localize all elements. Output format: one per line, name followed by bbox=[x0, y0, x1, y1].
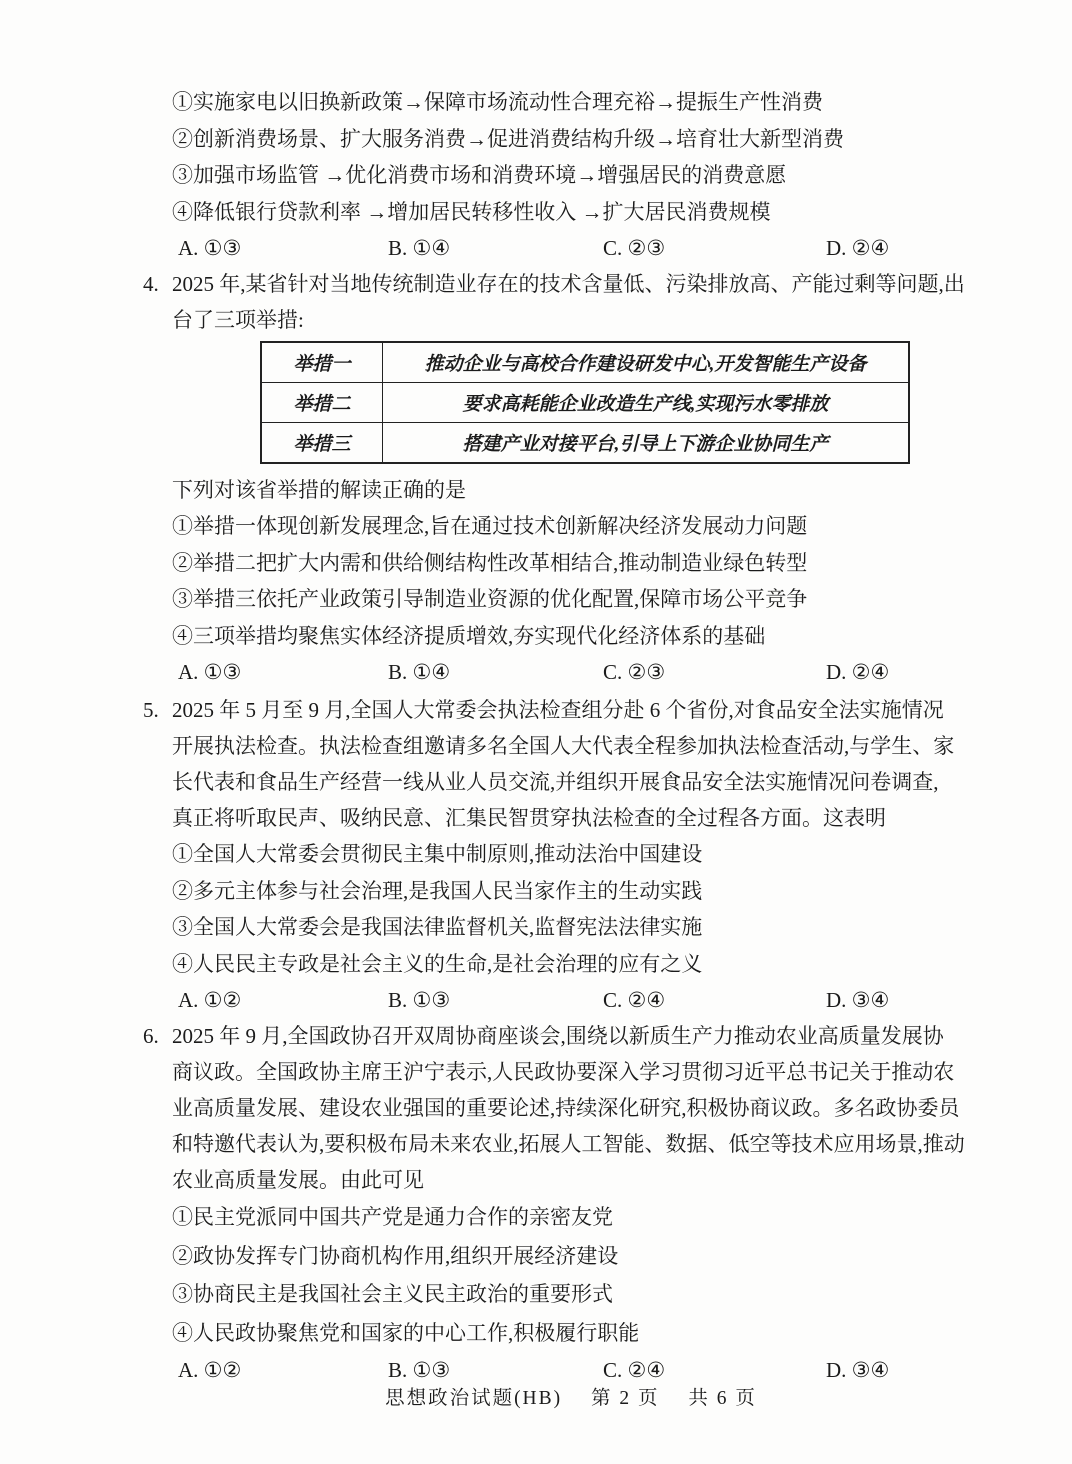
question-item: ②举措二把扩大内需和供给侧结构性改革相结合,推动制造业绿色转型 bbox=[172, 545, 1023, 582]
question-stem-line: 4. 2025 年,某省针对当地传统制造业存在的技术含量低、污染排放高、产能过剩… bbox=[143, 266, 1023, 302]
question-stem-line: 开展执法检查。执法检查组邀请多名全国人大代表全程参加执法检查活动,与学生、家 bbox=[172, 728, 1023, 764]
measure-label: 举措二 bbox=[261, 383, 383, 423]
option-c: C. ②③ bbox=[603, 230, 665, 266]
question-stem-line: 真正将听取民声、吸纳民意、汇集民智贯穿执法检查的全过程各方面。这表明 bbox=[172, 800, 1023, 836]
question-stem-line: 和特邀代表认为,要积极布局未来农业,拓展人工智能、数据、低空等技术应用场景,推动 bbox=[172, 1126, 1023, 1162]
question-stem-line: 5. 2025 年 5 月至 9 月,全国人大常委会执法检查组分赴 6 个省份,… bbox=[143, 692, 1023, 728]
question-stem-line: 6. 2025 年 9 月,全国政协召开双周协商座谈会,围绕以新质生产力推动农业… bbox=[143, 1018, 1023, 1054]
question-item: ①举措一体现创新发展理念,旨在通过技术创新解决经济发展动力问题 bbox=[172, 508, 1023, 545]
measures-table: 举措一 推动企业与高校合作建设研发中心,开发智能生产设备 举措二 要求高耗能企业… bbox=[260, 341, 910, 464]
option-d: D. ③④ bbox=[826, 982, 889, 1018]
question-item: ④降低银行贷款利率 →增加居民转移性收入 →扩大居民消费规模 bbox=[172, 194, 1023, 231]
table-row: 举措一 推动企业与高校合作建设研发中心,开发智能生产设备 bbox=[261, 342, 909, 383]
question-4-block: 4. 2025 年,某省针对当地传统制造业存在的技术含量低、污染排放高、产能过剩… bbox=[143, 266, 1023, 690]
question-item: ④人民民主专政是社会主义的生命,是社会治理的应有之义 bbox=[172, 946, 1023, 983]
option-b: B. ①③ bbox=[388, 982, 450, 1018]
option-d: D. ②④ bbox=[826, 230, 889, 266]
question-item: ②政协发挥专门协商机构作用,组织开展经济建设 bbox=[172, 1237, 1023, 1276]
question-item: ③全国人大常委会是我国法律监督机关,监督宪法法律实施 bbox=[172, 909, 1023, 946]
options-row: A. ①② B. ①③ C. ②④ D. ③④ bbox=[143, 982, 1023, 1018]
options-row: A. ①③ B. ①④ C. ②③ D. ②④ bbox=[143, 654, 1023, 690]
question-5-block: 5. 2025 年 5 月至 9 月,全国人大常委会执法检查组分赴 6 个省份,… bbox=[143, 692, 1023, 1018]
stem-text: 2025 年 5 月至 9 月,全国人大常委会执法检查组分赴 6 个省份,对食品… bbox=[172, 692, 944, 728]
page-content: ①实施家电以旧换新政策→保障市场流动性合理充裕→提振生产性消费 ②创新消费场景、… bbox=[143, 0, 1023, 1388]
question-number: 4. bbox=[143, 266, 172, 302]
question-item: ②创新消费场景、扩大服务消费→促进消费结构升级→培育壮大新型消费 bbox=[172, 121, 1023, 158]
exam-paper-page: ①实施家电以旧换新政策→保障市场流动性合理充裕→提振生产性消费 ②创新消费场景、… bbox=[0, 0, 1072, 1464]
question-number: 5. bbox=[143, 692, 172, 728]
table-row: 举措二 要求高耗能企业改造生产线,实现污水零排放 bbox=[261, 383, 909, 423]
options-row: A. ①③ B. ①④ C. ②③ D. ②④ bbox=[143, 230, 1023, 266]
question-stem-line: 长代表和食品生产经营一线从业人员交流,并组织开展食品安全法实施情况问卷调查, bbox=[172, 764, 1023, 800]
option-b: B. ①④ bbox=[388, 654, 450, 690]
measure-label: 举措一 bbox=[261, 342, 383, 383]
measure-text: 搭建产业对接平台,引导上下游企业协同生产 bbox=[383, 423, 910, 464]
question-6-block: 6. 2025 年 9 月,全国政协召开双周协商座谈会,围绕以新质生产力推动农业… bbox=[143, 1018, 1023, 1388]
question-item: ④三项举措均聚焦实体经济提质增效,夯实现代化经济体系的基础 bbox=[172, 618, 1023, 655]
question-3-block: ①实施家电以旧换新政策→保障市场流动性合理充裕→提振生产性消费 ②创新消费场景、… bbox=[143, 84, 1023, 266]
question-item: ①实施家电以旧换新政策→保障市场流动性合理充裕→提振生产性消费 bbox=[172, 84, 1023, 121]
stem-text: 2025 年 9 月,全国政协召开双周协商座谈会,围绕以新质生产力推动农业高质量… bbox=[172, 1018, 944, 1054]
measure-text: 推动企业与高校合作建设研发中心,开发智能生产设备 bbox=[383, 342, 910, 383]
question-item: ③举措三依托产业政策引导制造业资源的优化配置,保障市场公平竞争 bbox=[172, 581, 1023, 618]
footer-page-total: 共 6 页 bbox=[688, 1388, 757, 1409]
question-number: 6. bbox=[143, 1018, 172, 1054]
measure-text: 要求高耗能企业改造生产线,实现污水零排放 bbox=[383, 383, 910, 423]
footer-exam-title: 思想政治试题(HB) bbox=[385, 1388, 562, 1409]
question-stem-line: 业高质量发展、建设农业强国的重要论述,持续深化研究,积极协商议政。多名政协委员 bbox=[172, 1090, 1023, 1126]
page-footer: 思想政治试题(HB) 第 2 页 共 6 页 bbox=[70, 1382, 1072, 1410]
question-item: ④人民政协聚焦党和国家的中心工作,积极履行职能 bbox=[172, 1314, 1023, 1353]
question-prompt: 下列对该省举措的解读正确的是 bbox=[172, 472, 1023, 508]
question-stem-line: 农业高质量发展。由此可见 bbox=[172, 1162, 1023, 1198]
option-d: D. ②④ bbox=[826, 654, 889, 690]
option-c: C. ②④ bbox=[603, 982, 665, 1018]
measure-label: 举措三 bbox=[261, 423, 383, 464]
option-a: A. ①③ bbox=[178, 654, 241, 690]
question-item: ①全国人大常委会贯彻民主集中制原则,推动法治中国建设 bbox=[172, 836, 1023, 873]
question-item: ①民主党派同中国共产党是通力合作的亲密友党 bbox=[172, 1198, 1023, 1237]
option-c: C. ②③ bbox=[603, 654, 665, 690]
option-b: B. ①④ bbox=[388, 230, 450, 266]
question-stem-line: 台了三项举措: bbox=[172, 302, 1023, 338]
question-item: ③协商民主是我国社会主义民主政治的重要形式 bbox=[172, 1275, 1023, 1314]
footer-page-number: 第 2 页 bbox=[591, 1388, 660, 1409]
option-a: A. ①② bbox=[178, 982, 241, 1018]
option-a: A. ①③ bbox=[178, 230, 241, 266]
table-row: 举措三 搭建产业对接平台,引导上下游企业协同生产 bbox=[261, 423, 909, 464]
question-stem-line: 商议政。全国政协主席王沪宁表示,人民政协要深入学习贯彻习近平总书记关于推动农 bbox=[172, 1054, 1023, 1090]
stem-text: 2025 年,某省针对当地传统制造业存在的技术含量低、污染排放高、产能过剩等问题… bbox=[172, 266, 965, 302]
question-item: ③加强市场监管 →优化消费市场和消费环境→增强居民的消费意愿 bbox=[172, 157, 1023, 194]
question-item: ②多元主体参与社会治理,是我国人民当家作主的生动实践 bbox=[172, 873, 1023, 910]
